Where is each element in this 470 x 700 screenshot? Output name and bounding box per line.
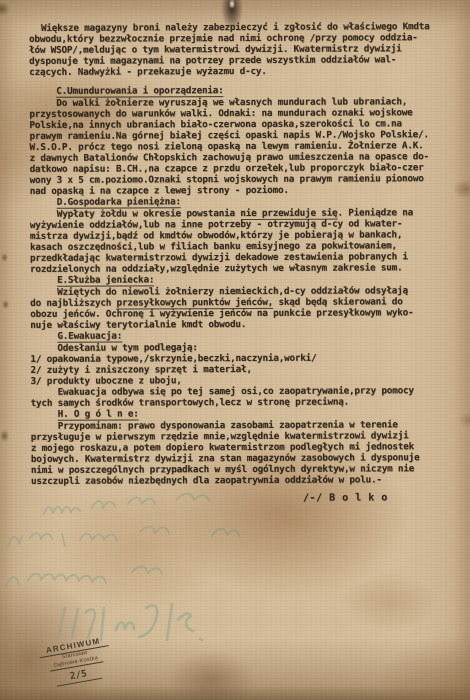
intro-paragraph: Większe magazyny broni należy zabezpiecz… xyxy=(29,21,453,78)
text-line: nimi w poszczególnych przypadkach w myśl… xyxy=(31,463,455,476)
section-D: D.Gospodarka pieniężna:Wypłaty żołdu w o… xyxy=(30,195,454,275)
section-heading: D.Gospodarka pieniężna: xyxy=(57,196,181,209)
text-line: wony 3 x 5 cm.poziomo.Oznaki stopni wojs… xyxy=(30,173,454,186)
section-heading: C.Umundurowania i oporządzenia: xyxy=(56,85,223,98)
section-E: E.Służba jeniecka:Wziętych do niewoli żo… xyxy=(30,273,454,331)
scanned-document-page: Większe magazyny broni należy zabezpiecz… xyxy=(0,0,470,700)
text-line: obozu jeńców. Ochronę i wyżywienie jeńcó… xyxy=(30,307,454,320)
typewritten-text: Większe magazyny broni należy zabezpiecz… xyxy=(29,21,455,505)
text-line: uszczupli zasobów niezbędnych dla zaopat… xyxy=(31,474,455,487)
text-line: dysponuje tymi magazynami na potrzey prz… xyxy=(29,54,453,67)
document-sections: C.Umundurowania i oporządzenia:Do walki … xyxy=(29,84,455,487)
corner-ink-mark xyxy=(0,2,10,16)
section-G: G.Ewakuacja:Odesłaniu w tym podlegają:1/… xyxy=(30,329,454,409)
text-line: rozdzielonych na oddziały,względnie zuży… xyxy=(30,262,454,275)
signature: /-/ B o l k o xyxy=(303,492,455,504)
section-heading: E.Służba jeniecka: xyxy=(57,274,154,286)
section-heading: G.Ewakuacja: xyxy=(57,331,122,343)
text-line: Ewakuacja odbywa się po tej samej osi,co… xyxy=(31,385,455,398)
section-H: H. O g ó l n e:Przypominam: prawo dyspon… xyxy=(31,407,455,487)
edge-speck xyxy=(2,300,9,309)
edge-speck xyxy=(0,430,9,442)
archive-stamp: ARCHIWUM Stanisław Dąbrowa-Kostka 2/5 xyxy=(21,632,131,691)
edge-speck xyxy=(1,253,8,262)
section-heading: H. O g ó l n e: xyxy=(58,408,139,420)
section-C: C.Umundurowania i oporządzenia:Do walki … xyxy=(29,84,453,197)
text-line: czących. Nadwyżki - przekazuje wyżazmu d… xyxy=(29,65,453,78)
